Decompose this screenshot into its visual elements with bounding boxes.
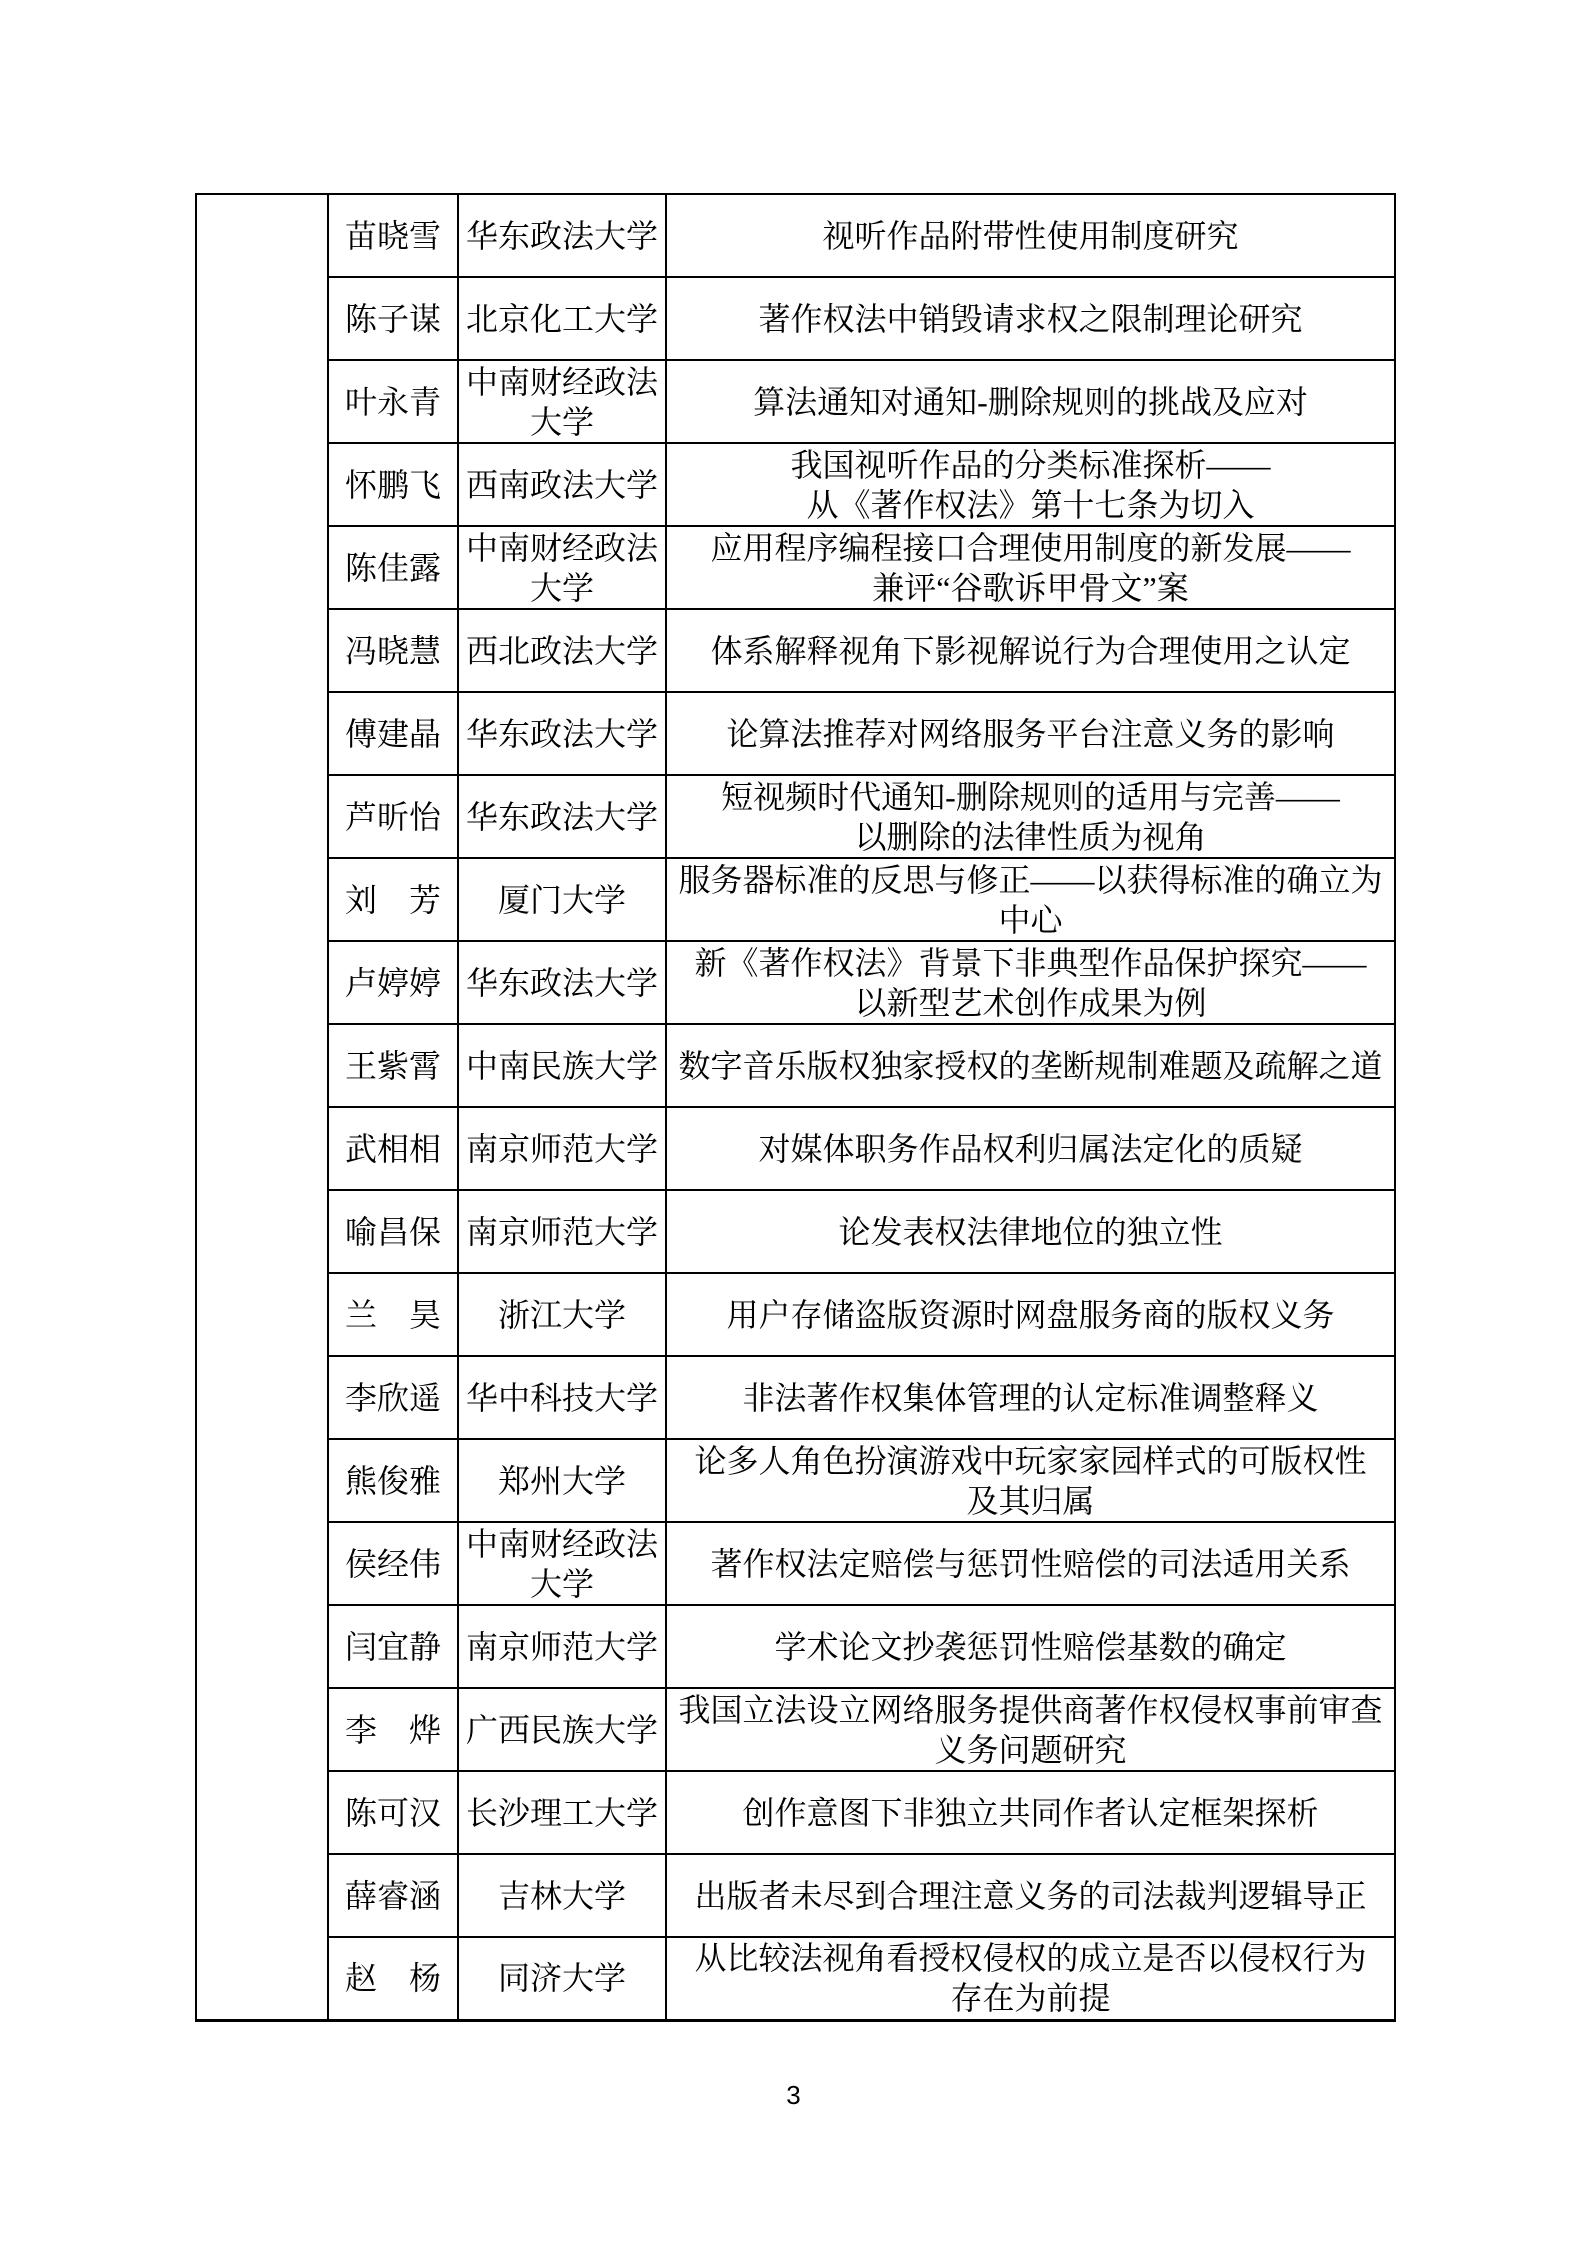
paper-title-cell: 我国立法设立网络服务提供商著作权侵权事前审查义务问题研究 — [666, 1688, 1395, 1771]
paper-title-line: 新《著作权法》背景下非典型作品保护探究—— — [667, 943, 1394, 983]
university-cell: 西南政法大学 — [458, 443, 666, 526]
paper-title-line: 论发表权法律地位的独立性 — [667, 1212, 1394, 1252]
author-name-cell: 侯经伟 — [328, 1522, 458, 1605]
paper-title-line: 出版者未尽到合理注意义务的司法裁判逻辑导正 — [667, 1876, 1394, 1916]
table-row: 陈可汉长沙理工大学创作意图下非独立共同作者认定框架探析 — [196, 1771, 1395, 1854]
paper-title-line: 服务器标准的反思与修正——以获得标准的确立为 — [667, 860, 1394, 900]
paper-title-line: 用户存储盗版资源时网盘服务商的版权义务 — [667, 1295, 1394, 1335]
paper-title-cell: 论算法推荐对网络服务平台注意义务的影响 — [666, 692, 1395, 775]
paper-title-cell: 服务器标准的反思与修正——以获得标准的确立为中心 — [666, 858, 1395, 941]
university-cell: 南京师范大学 — [458, 1605, 666, 1688]
paper-title-line: 以删除的法律性质为视角 — [667, 817, 1394, 857]
table-row: 叶永青中南财经政法大学算法通知对通知-删除规则的挑战及应对 — [196, 360, 1395, 443]
university-cell: 西北政法大学 — [458, 609, 666, 692]
paper-title-line: 著作权法定赔偿与惩罚性赔偿的司法适用关系 — [667, 1544, 1394, 1584]
paper-title-line: 体系解释视角下影视解说行为合理使用之认定 — [667, 631, 1394, 671]
paper-title-cell: 出版者未尽到合理注意义务的司法裁判逻辑导正 — [666, 1854, 1395, 1937]
paper-title-line: 算法通知对通知-删除规则的挑战及应对 — [667, 382, 1394, 422]
author-name-cell: 怀鹏飞 — [328, 443, 458, 526]
author-name-cell: 王紫霄 — [328, 1024, 458, 1107]
table-row: 兰 昊浙江大学用户存储盗版资源时网盘服务商的版权义务 — [196, 1273, 1395, 1356]
paper-title-cell: 用户存储盗版资源时网盘服务商的版权义务 — [666, 1273, 1395, 1356]
university-cell: 郑州大学 — [458, 1439, 666, 1522]
author-name-cell: 赵 杨 — [328, 1937, 458, 2020]
paper-title-cell: 学术论文抄袭惩罚性赔偿基数的确定 — [666, 1605, 1395, 1688]
table-row: 冯晓慧西北政法大学体系解释视角下影视解说行为合理使用之认定 — [196, 609, 1395, 692]
table-row: 闫宜静南京师范大学学术论文抄袭惩罚性赔偿基数的确定 — [196, 1605, 1395, 1688]
university-cell: 华东政法大学 — [458, 775, 666, 858]
table-row: 薛睿涵吉林大学出版者未尽到合理注意义务的司法裁判逻辑导正 — [196, 1854, 1395, 1937]
paper-title-cell: 体系解释视角下影视解说行为合理使用之认定 — [666, 609, 1395, 692]
author-name-cell: 刘 芳 — [328, 858, 458, 941]
awards-table: 苗晓雪华东政法大学视听作品附带性使用制度研究陈子谋北京化工大学著作权法中销毁请求… — [195, 193, 1396, 2022]
university-cell: 吉林大学 — [458, 1854, 666, 1937]
table-row: 陈子谋北京化工大学著作权法中销毁请求权之限制理论研究 — [196, 277, 1395, 360]
author-name-cell: 李欣遥 — [328, 1356, 458, 1439]
paper-title-cell: 论发表权法律地位的独立性 — [666, 1190, 1395, 1273]
table-row: 傅建晶华东政法大学论算法推荐对网络服务平台注意义务的影响 — [196, 692, 1395, 775]
author-name-cell: 武相相 — [328, 1107, 458, 1190]
paper-title-line: 学术论文抄袭惩罚性赔偿基数的确定 — [667, 1627, 1394, 1667]
author-name-cell: 傅建晶 — [328, 692, 458, 775]
paper-title-line: 创作意图下非独立共同作者认定框架探析 — [667, 1793, 1394, 1833]
page-number: 3 — [0, 2080, 1587, 2110]
author-name-cell: 陈可汉 — [328, 1771, 458, 1854]
paper-title-cell: 对媒体职务作品权利归属法定化的质疑 — [666, 1107, 1395, 1190]
paper-title-cell: 非法著作权集体管理的认定标准调整释义 — [666, 1356, 1395, 1439]
university-cell: 华东政法大学 — [458, 692, 666, 775]
author-name-cell: 闫宜静 — [328, 1605, 458, 1688]
paper-title-line: 从比较法视角看授权侵权的成立是否以侵权行为 — [667, 1938, 1394, 1978]
university-cell: 厦门大学 — [458, 858, 666, 941]
university-cell: 华中科技大学 — [458, 1356, 666, 1439]
paper-title-line: 及其归属 — [667, 1481, 1394, 1521]
university-cell: 同济大学 — [458, 1937, 666, 2020]
paper-title-line: 非法著作权集体管理的认定标准调整释义 — [667, 1378, 1394, 1418]
paper-title-cell: 著作权法定赔偿与惩罚性赔偿的司法适用关系 — [666, 1522, 1395, 1605]
table-row: 陈佳露中南财经政法大学应用程序编程接口合理使用制度的新发展——兼评“谷歌诉甲骨文… — [196, 526, 1395, 609]
university-cell: 南京师范大学 — [458, 1107, 666, 1190]
author-name-cell: 陈子谋 — [328, 277, 458, 360]
university-cell: 中南财经政法大学 — [458, 1522, 666, 1605]
author-name-cell: 陈佳露 — [328, 526, 458, 609]
paper-title-cell: 短视频时代通知-删除规则的适用与完善——以删除的法律性质为视角 — [666, 775, 1395, 858]
university-cell: 华东政法大学 — [458, 194, 666, 277]
paper-title-cell: 算法通知对通知-删除规则的挑战及应对 — [666, 360, 1395, 443]
author-name-cell: 冯晓慧 — [328, 609, 458, 692]
table-row: 赵 杨同济大学从比较法视角看授权侵权的成立是否以侵权行为存在为前提 — [196, 1937, 1395, 2020]
paper-title-cell: 从比较法视角看授权侵权的成立是否以侵权行为存在为前提 — [666, 1937, 1395, 2020]
paper-title-line: 短视频时代通知-删除规则的适用与完善—— — [667, 777, 1394, 817]
table-row: 卢婷婷华东政法大学新《著作权法》背景下非典型作品保护探究——以新型艺术创作成果为… — [196, 941, 1395, 1024]
university-cell: 广西民族大学 — [458, 1688, 666, 1771]
table-row: 李欣遥华中科技大学非法著作权集体管理的认定标准调整释义 — [196, 1356, 1395, 1439]
paper-title-line: 数字音乐版权独家授权的垄断规制难题及疏解之道 — [667, 1046, 1394, 1086]
author-name-cell: 芦昕怡 — [328, 775, 458, 858]
author-name-cell: 卢婷婷 — [328, 941, 458, 1024]
paper-title-line: 我国视听作品的分类标准探析—— — [667, 445, 1394, 485]
paper-title-line: 视听作品附带性使用制度研究 — [667, 216, 1394, 256]
author-name-cell: 薛睿涵 — [328, 1854, 458, 1937]
paper-title-line: 著作权法中销毁请求权之限制理论研究 — [667, 299, 1394, 339]
document-page: 苗晓雪华东政法大学视听作品附带性使用制度研究陈子谋北京化工大学著作权法中销毁请求… — [0, 0, 1587, 2245]
awards-table-body: 苗晓雪华东政法大学视听作品附带性使用制度研究陈子谋北京化工大学著作权法中销毁请求… — [196, 194, 1395, 2020]
table-row: 熊俊雅郑州大学论多人角色扮演游戏中玩家家园样式的可版权性及其归属 — [196, 1439, 1395, 1522]
paper-title-line: 兼评“谷歌诉甲骨文”案 — [667, 568, 1394, 608]
table-row: 王紫霄中南民族大学数字音乐版权独家授权的垄断规制难题及疏解之道 — [196, 1024, 1395, 1107]
category-cell-empty — [196, 194, 328, 2020]
author-name-cell: 熊俊雅 — [328, 1439, 458, 1522]
university-cell: 中南民族大学 — [458, 1024, 666, 1107]
table-row: 芦昕怡华东政法大学短视频时代通知-删除规则的适用与完善——以删除的法律性质为视角 — [196, 775, 1395, 858]
paper-title-line: 存在为前提 — [667, 1978, 1394, 2018]
university-cell: 长沙理工大学 — [458, 1771, 666, 1854]
table-row: 李 烨广西民族大学我国立法设立网络服务提供商著作权侵权事前审查义务问题研究 — [196, 1688, 1395, 1771]
author-name-cell: 苗晓雪 — [328, 194, 458, 277]
paper-title-cell: 我国视听作品的分类标准探析——从《著作权法》第十七条为切入 — [666, 443, 1395, 526]
paper-title-cell: 论多人角色扮演游戏中玩家家园样式的可版权性及其归属 — [666, 1439, 1395, 1522]
paper-title-cell: 视听作品附带性使用制度研究 — [666, 194, 1395, 277]
paper-title-line: 应用程序编程接口合理使用制度的新发展—— — [667, 528, 1394, 568]
university-cell: 北京化工大学 — [458, 277, 666, 360]
paper-title-line: 义务问题研究 — [667, 1730, 1394, 1770]
paper-title-cell: 新《著作权法》背景下非典型作品保护探究——以新型艺术创作成果为例 — [666, 941, 1395, 1024]
author-name-cell: 喻昌保 — [328, 1190, 458, 1273]
university-cell: 南京师范大学 — [458, 1190, 666, 1273]
university-cell: 中南财经政法大学 — [458, 360, 666, 443]
author-name-cell: 叶永青 — [328, 360, 458, 443]
university-cell: 浙江大学 — [458, 1273, 666, 1356]
paper-title-cell: 数字音乐版权独家授权的垄断规制难题及疏解之道 — [666, 1024, 1395, 1107]
table-row: 怀鹏飞西南政法大学我国视听作品的分类标准探析——从《著作权法》第十七条为切入 — [196, 443, 1395, 526]
paper-title-line: 从《著作权法》第十七条为切入 — [667, 485, 1394, 525]
paper-title-line: 以新型艺术创作成果为例 — [667, 983, 1394, 1023]
table-row: 刘 芳厦门大学服务器标准的反思与修正——以获得标准的确立为中心 — [196, 858, 1395, 941]
paper-title-line: 论多人角色扮演游戏中玩家家园样式的可版权性 — [667, 1441, 1394, 1481]
author-name-cell: 李 烨 — [328, 1688, 458, 1771]
university-cell: 中南财经政法大学 — [458, 526, 666, 609]
paper-title-cell: 应用程序编程接口合理使用制度的新发展——兼评“谷歌诉甲骨文”案 — [666, 526, 1395, 609]
paper-title-line: 论算法推荐对网络服务平台注意义务的影响 — [667, 714, 1394, 754]
table-row: 侯经伟中南财经政法大学著作权法定赔偿与惩罚性赔偿的司法适用关系 — [196, 1522, 1395, 1605]
table-row: 喻昌保南京师范大学论发表权法律地位的独立性 — [196, 1190, 1395, 1273]
author-name-cell: 兰 昊 — [328, 1273, 458, 1356]
table-row: 苗晓雪华东政法大学视听作品附带性使用制度研究 — [196, 194, 1395, 277]
paper-title-cell: 创作意图下非独立共同作者认定框架探析 — [666, 1771, 1395, 1854]
paper-title-line: 对媒体职务作品权利归属法定化的质疑 — [667, 1129, 1394, 1169]
table-row: 武相相南京师范大学对媒体职务作品权利归属法定化的质疑 — [196, 1107, 1395, 1190]
university-cell: 华东政法大学 — [458, 941, 666, 1024]
paper-title-line: 我国立法设立网络服务提供商著作权侵权事前审查 — [667, 1690, 1394, 1730]
paper-title-line: 中心 — [667, 900, 1394, 940]
paper-title-cell: 著作权法中销毁请求权之限制理论研究 — [666, 277, 1395, 360]
